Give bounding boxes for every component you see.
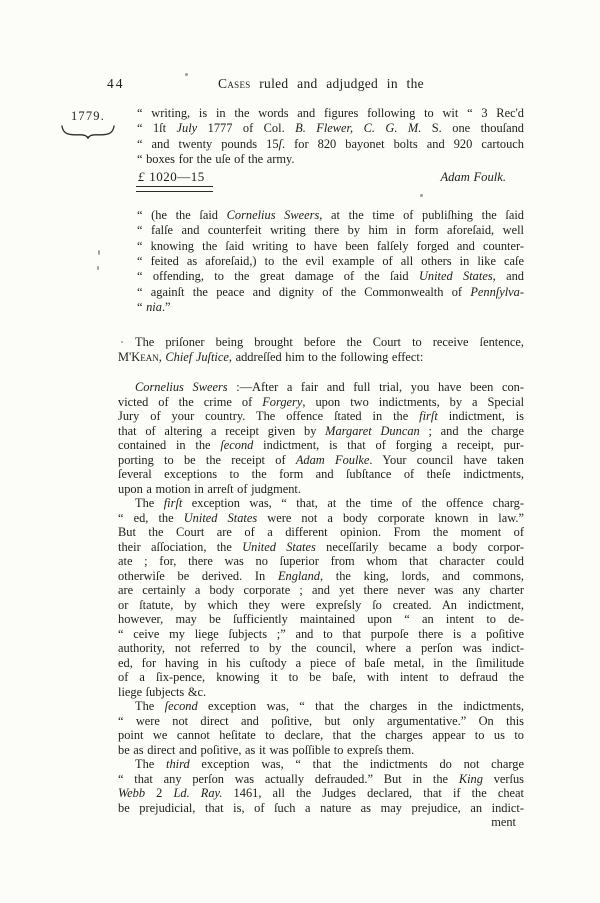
- text-line: “ ed, the United States were not a body …: [118, 511, 524, 526]
- text-line: ate ; for, there was no ſuperior from wh…: [118, 554, 524, 569]
- text-line: Cornelius Sweers :—After a fair and full…: [118, 380, 524, 395]
- third-exception-paragraph: The third exception was, “ that the indi…: [118, 757, 524, 815]
- text-line: authority, not referred to by the counci…: [118, 641, 524, 656]
- chief-justice-speech-paragraph: Cornelius Sweers :—After a fair and full…: [118, 380, 524, 496]
- margin-year-label: 1779.: [71, 109, 105, 123]
- receipt-quote-block: “ writing, is in the words and figures f…: [137, 106, 524, 167]
- text-line: upon a motion in arreſt of judgment.: [118, 482, 524, 497]
- catchword: ment: [118, 815, 524, 830]
- text-line: are certainly a body corporate ; and yet…: [118, 583, 524, 598]
- running-header-rest: ruled and adjudged in the: [259, 76, 424, 91]
- text-line: The third exception was, “ that the indi…: [118, 757, 524, 772]
- text-line: “ were not direct and poſitive, but only…: [118, 714, 524, 729]
- text-line: The firſt exception was, “ that, at the …: [118, 496, 524, 511]
- running-header-smallcaps: Cases: [218, 76, 251, 91]
- scan-speck: [97, 266, 99, 270]
- text-line: M'Kean, Chief Juſtice, addreſſed him to …: [118, 350, 524, 365]
- receipt-amount: £ 1020—15: [138, 170, 205, 185]
- text-line: that of altering a receipt given by Marg…: [118, 424, 524, 439]
- text-line: however, may be ſufficiently maintained …: [118, 612, 524, 627]
- text-line: contained in the ſecond indictment, is t…: [118, 438, 524, 453]
- sentencing-intro-paragraph: The priſoner being brought before the Co…: [118, 335, 524, 364]
- text-line: “ boxes for the uſe of the army.: [137, 152, 524, 167]
- text-line: “ writing, is in the words and figures f…: [137, 106, 524, 121]
- scanned-page: 44 Cases ruled and adjudged in the 1779.…: [0, 0, 600, 903]
- text-line: their aſſociation, the United States nec…: [118, 540, 524, 555]
- text-line: But the Court are of a different opinion…: [118, 525, 524, 540]
- text-line: “ nia.”: [137, 300, 524, 315]
- text-line: be as direct and poſitive, as it was poſ…: [118, 743, 524, 758]
- text-line: “ knowing the ſaid writing to have been …: [137, 239, 524, 254]
- scan-speck: [98, 250, 100, 255]
- text-line: “ againſt the peace and dignity of the C…: [137, 285, 524, 300]
- text-line: “ that any perſon was actually defrauded…: [118, 772, 524, 787]
- text-line: “ 1ſt July 1777 of Col. B. Flewer, C. G.…: [137, 121, 524, 136]
- text-line: ed, for having in his cuſtody a piece of…: [118, 656, 524, 671]
- text-line: “ offending, to the great damage of the …: [137, 269, 524, 284]
- text-line: ſeveral exceptions to the form and ſubſt…: [118, 467, 524, 482]
- text-line: “ falſe and counterfeit writing there by…: [137, 223, 524, 238]
- text-line: liege ſubjects &c.: [118, 685, 524, 700]
- text-line: be prejudicial, that is, of ſuch a natur…: [118, 801, 524, 816]
- text-line: point we cannot heſitate to declare, tha…: [118, 728, 524, 743]
- text-line: of a ſix-pence, knowing it to be baſe, w…: [118, 670, 524, 685]
- text-line: porting to be the receipt of Adam Foulke…: [118, 453, 524, 468]
- margin-year-note: 1779.: [57, 109, 119, 139]
- text-line: “ and twenty pounds 15ſ. for 820 bayonet…: [137, 137, 524, 152]
- text-line: “ (he the ſaid Cornelius Sweers, at the …: [137, 208, 524, 223]
- second-exception-paragraph: The ſecond exception was, “ that the cha…: [118, 699, 524, 757]
- running-header: Cases ruled and adjudged in the: [118, 76, 524, 92]
- text-line: or ſtatute, by which they were expreſsly…: [118, 598, 524, 613]
- text-line: The ſecond exception was, “ that the cha…: [118, 699, 524, 714]
- indictment-quote-block: “ (he the ſaid Cornelius Sweers, at the …: [137, 208, 524, 315]
- text-line: victed of the crime of Forgery, upon two…: [118, 395, 524, 410]
- text-column: “ writing, is in the words and figures f…: [118, 106, 524, 830]
- underbrace-icon: [60, 125, 116, 139]
- scan-speck: [420, 194, 423, 197]
- first-exception-paragraph: The firſt exception was, “ that, at the …: [118, 496, 524, 699]
- text-line: “ feited as aforeſaid,) to the evil exam…: [137, 254, 524, 269]
- text-line: The priſoner being brought before the Co…: [118, 335, 524, 350]
- scan-speck: [121, 341, 123, 343]
- receipt-amount-row: £ 1020—15 Adam Foulk.: [138, 170, 524, 194]
- scan-speck: [185, 73, 188, 76]
- text-line: “ ceive my liege ſubjects ;” and to that…: [118, 627, 524, 642]
- receipt-signature: Adam Foulk.: [440, 170, 524, 185]
- text-line: Jury of your country. The offence ſtated…: [118, 409, 524, 424]
- text-line: otherwiſe be derived. In England, the ki…: [118, 569, 524, 584]
- text-line: Webb 2 Ld. Ray. 1461, all the Judges dec…: [118, 786, 524, 801]
